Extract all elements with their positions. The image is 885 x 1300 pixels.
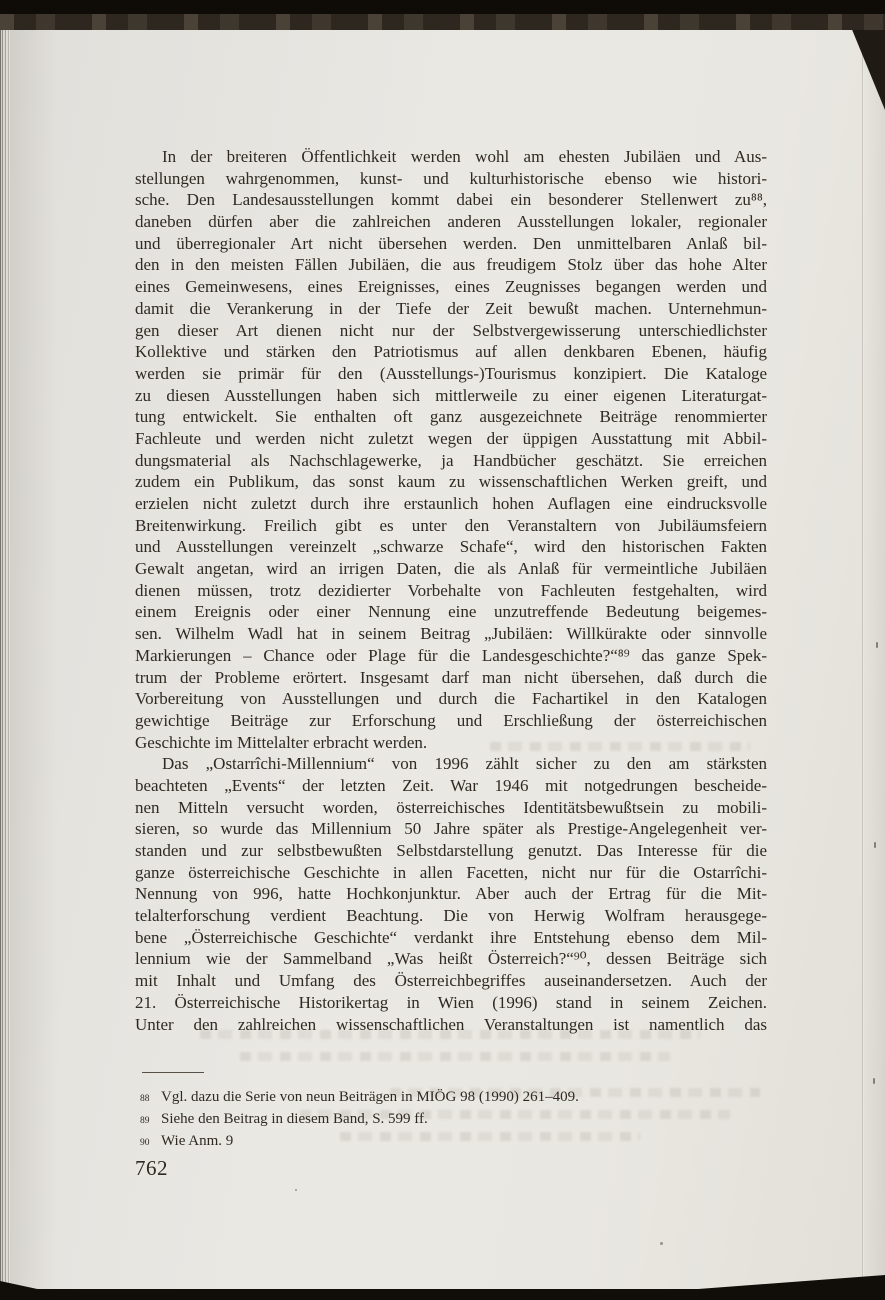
footnote-separator: [142, 1072, 204, 1073]
text-line: und Ausstellungen vereinzelt „schwarze S…: [135, 536, 767, 558]
text-line: Kollektive und stärken den Patriotismus …: [135, 341, 767, 363]
text-line: gewichtige Beiträge zur Erforschung und …: [135, 710, 767, 732]
footnote-marker: 90: [140, 1132, 150, 1154]
footnote-text: Wie Anm. 9: [161, 1133, 233, 1149]
footnote-text: Vgl. dazu die Serie von neun Beiträgen i…: [161, 1089, 579, 1105]
footnote: 89Siehe den Beitrag in diesem Band, S. 5…: [138, 1108, 778, 1130]
text-line: Breitenwirkung. Freilich gibt es unter d…: [135, 515, 767, 537]
text-line: Das „Ostarrîchi-Millennium“ von 1996 zäh…: [135, 753, 767, 775]
scan-artifact-mark: [873, 1078, 875, 1084]
text-line: den in den meisten Fällen Jubiläen, die …: [135, 254, 767, 276]
text-line: mit Inhalt und Umfang des Österreichbegr…: [135, 970, 767, 992]
text-line: standen und zur selbstbewußten Selbstdar…: [135, 840, 767, 862]
text-line: eines Gemeinwesens, eines Ereignisses, e…: [135, 276, 767, 298]
text-line: Vorbereitung von Ausstellungen und durch…: [135, 688, 767, 710]
text-line: bene „Österreichische Geschichte“ verdan…: [135, 927, 767, 949]
bleed-through-text: [240, 1052, 670, 1061]
text-line: zudem ein Publikum, das sonst kaum zu wi…: [135, 471, 767, 493]
text-line: telalterforschung verdient Beachtung. Di…: [135, 905, 767, 927]
text-line: tung entwickelt. Sie enthalten oft ganz …: [135, 406, 767, 428]
text-line: werden sie primär für den (Ausstellungs-…: [135, 363, 767, 385]
text-line: Nennung von 996, hatte Hochkonjunktur. A…: [135, 883, 767, 905]
text-line: und überregionaler Art nicht übersehen w…: [135, 233, 767, 255]
book-page-stack-edge: [0, 30, 10, 1290]
text-line: Fachleute und werden nicht zuletzt wegen…: [135, 428, 767, 450]
text-line: erzielen nicht zuletzt durch ihre erstau…: [135, 493, 767, 515]
scan-top-edge-texture: [0, 14, 885, 30]
text-line: Geschichte im Mittelalter erbracht werde…: [135, 732, 767, 754]
text-line: Markierungen – Chance oder Plage für die…: [135, 645, 767, 667]
text-line: lennium wie der Sammelband „Was heißt Ös…: [135, 948, 767, 970]
text-line: zu diesen Ausstellungen haben sich mittl…: [135, 385, 767, 407]
scan-artifact-mark: [874, 842, 876, 848]
text-line: einem Ereignis oder einer Nennung eine u…: [135, 601, 767, 623]
text-line: In der breiteren Öffentlichkeit werden w…: [135, 146, 767, 168]
footnote: 88Vgl. dazu die Serie von neun Beiträgen…: [138, 1086, 778, 1108]
text-line: daneben dürfen aber die zahlreichen ande…: [135, 211, 767, 233]
text-line: Gewalt angetan, wird an irrigen Daten, d…: [135, 558, 767, 580]
text-line: ganze österreichische Geschichte in alle…: [135, 862, 767, 884]
text-line: nen Mitteln versucht worden, österreichi…: [135, 797, 767, 819]
page-number: 762: [135, 1156, 168, 1181]
text-line: Unter den zahlreichen wissenschaftlichen…: [135, 1014, 767, 1036]
footnote-marker: 89: [140, 1110, 150, 1132]
text-line: trum der Probleme erörtert. Insgesamt da…: [135, 667, 767, 689]
text-line: stellungen wahrgenommen, kunst- und kult…: [135, 168, 767, 190]
dust-speck: [660, 1242, 663, 1245]
text-line: dienen müssen, trotz dezidierter Vorbeha…: [135, 580, 767, 602]
scanned-book-page: In der breiteren Öffentlichkeit werden w…: [0, 0, 885, 1300]
page-surface: In der breiteren Öffentlichkeit werden w…: [10, 30, 885, 1290]
paragraph: In der breiteren Öffentlichkeit werden w…: [135, 146, 767, 753]
scan-bottom-edge: [0, 1289, 885, 1300]
text-line: damit die Verankerung in der Tiefe der Z…: [135, 298, 767, 320]
text-line: sen. Wilhelm Wadl hat in seinem Beitrag …: [135, 623, 767, 645]
text-line: sieren, so wurde das Millennium 50 Jahre…: [135, 818, 767, 840]
body-text: In der breiteren Öffentlichkeit werden w…: [135, 146, 767, 1035]
scan-artifact-mark: [876, 642, 878, 648]
text-line: sche. Den Landesausstellungen kommt dabe…: [135, 189, 767, 211]
dust-speck: [295, 1189, 297, 1191]
paragraph: Das „Ostarrîchi-Millennium“ von 1996 zäh…: [135, 753, 767, 1035]
footnotes: 88Vgl. dazu die Serie von neun Beiträgen…: [138, 1086, 778, 1152]
footnote-text: Siehe den Beitrag in diesem Band, S. 599…: [161, 1111, 428, 1127]
page-crease: [862, 30, 864, 1290]
text-line: 21. Österreichische Historikertag in Wie…: [135, 992, 767, 1014]
footnote-marker: 88: [140, 1088, 150, 1110]
text-line: beachteten „Events“ der letzten Zeit. Wa…: [135, 775, 767, 797]
footnote: 90Wie Anm. 9: [138, 1130, 778, 1152]
text-line: gen dieser Art dienen nicht nur der Selb…: [135, 320, 767, 342]
text-line: dungsmaterial als Nachschlagewerke, ja H…: [135, 450, 767, 472]
scan-top-edge: [0, 0, 885, 30]
